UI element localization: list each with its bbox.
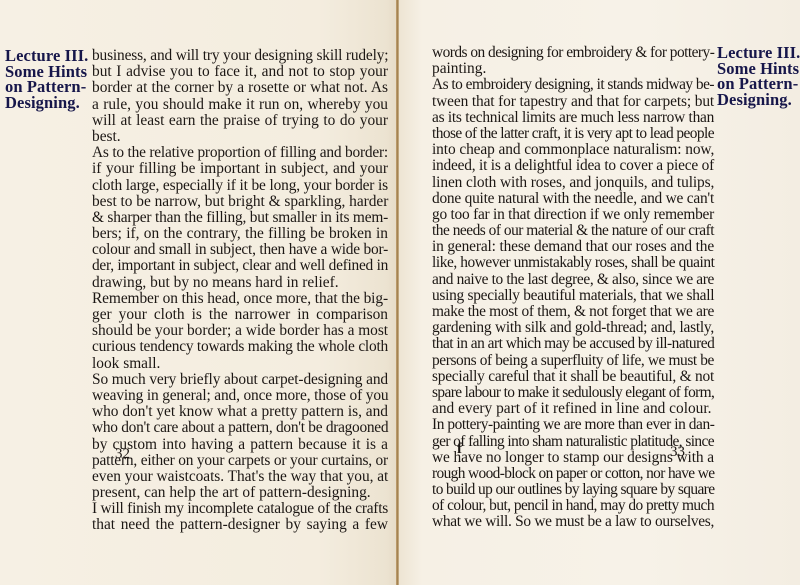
- text-line: pattern, either on your carpets or your …: [92, 453, 388, 469]
- text-line: look small.: [92, 356, 388, 372]
- text-line: make the most of them, & not forget that…: [432, 304, 714, 320]
- text-line: as its technical limits are much less na…: [432, 110, 714, 126]
- text-line: best.: [92, 129, 388, 145]
- left-body-text: business, and will try your designing sk…: [92, 48, 388, 534]
- text-line: Remember on this head, once more, that t…: [92, 291, 388, 307]
- text-line: best to be narrow, but bright & sparklin…: [92, 194, 388, 210]
- text-line: in general: these demand that our roses …: [432, 239, 714, 255]
- text-line: if your filling be important in subject,…: [92, 161, 388, 177]
- text-line: indeed, it is a delightful idea to cover…: [432, 158, 714, 174]
- text-line: business, and will try your designing sk…: [92, 48, 388, 64]
- text-line: ger your cloth is the narrower in compar…: [92, 307, 388, 323]
- text-line: spare labour to make it sedulously elega…: [432, 385, 714, 401]
- text-line: a rule, you should make it run on, where…: [92, 97, 388, 113]
- text-line: & sharper than the filling, but smaller …: [92, 210, 388, 226]
- text-line: present, can help the art of pattern-des…: [92, 485, 388, 501]
- sidenote-line: Designing.: [717, 92, 800, 108]
- text-line: tween that for tapestry and that for car…: [432, 94, 714, 110]
- page-number-right: 33: [670, 444, 685, 461]
- text-line: I will finish my incomplete catalogue of…: [92, 501, 388, 517]
- text-line: cloth large, especially if it be long, y…: [92, 178, 388, 194]
- text-line: words on designing for embroidery & for …: [432, 45, 714, 61]
- left-sidenote: Lecture III. Some Hints on Pattern- Desi…: [5, 48, 88, 110]
- text-line: der, important in subject, clear and wel…: [92, 258, 388, 274]
- text-line: of colour, but, pencil in hand, may do p…: [432, 498, 714, 514]
- text-line: the needs of our material & the nature o…: [432, 223, 714, 239]
- text-line: using specially beautiful materials, tha…: [432, 288, 714, 304]
- text-line: As to the relative proportion of filling…: [92, 145, 388, 161]
- text-line: even your waistcoats. That's the way tha…: [92, 469, 388, 485]
- text-line: who don't care about a pattern, don't be…: [92, 420, 388, 436]
- sidenote-line: Designing.: [5, 95, 88, 111]
- text-line: So much very briefly about carpet-design…: [92, 372, 388, 388]
- text-line: gardening with silk and gold-thread; and…: [432, 320, 714, 336]
- text-line: and naive to the last degree, & also, si…: [432, 272, 714, 288]
- left-page: Lecture III. Some Hints on Pattern- Desi…: [0, 0, 398, 585]
- page-number-left: 32: [115, 446, 130, 463]
- text-line: border at the corner by a rosette or wha…: [92, 80, 388, 96]
- text-line: bers; if, on the contrary, the filling b…: [92, 226, 388, 242]
- text-line: painting.: [432, 61, 714, 77]
- text-line: who don't yet know what a pretty pattern…: [92, 404, 388, 420]
- text-line: to build up our outlines by laying squar…: [432, 482, 714, 498]
- text-line: will at least earn the praise of trying …: [92, 113, 388, 129]
- text-line: As to embroidery designing, it stands mi…: [432, 77, 714, 93]
- text-line: and every part of it refined in line and…: [432, 401, 714, 417]
- text-line: persons of being a superfluity of life, …: [432, 353, 714, 369]
- text-line: that need the pattern-designer by saying…: [92, 517, 388, 533]
- text-line: drawing, but by no means hard in relief.: [92, 275, 388, 291]
- text-line: weaving in general; and, once more, thos…: [92, 388, 388, 404]
- right-sidenote: Lecture III. Some Hints on Pattern- Desi…: [717, 45, 800, 107]
- text-line: that in an art which may be accused by i…: [432, 336, 714, 352]
- signature-mark: f: [457, 441, 462, 458]
- text-line: go too far in that direction if we only …: [432, 207, 714, 223]
- text-line: should be your border; a wide border has…: [92, 323, 388, 339]
- text-line: what we will. So we must be a law to our…: [432, 514, 714, 530]
- book-gutter: [396, 0, 399, 585]
- text-line: rough wood-block on paper or cotton, nor…: [432, 466, 714, 482]
- text-line: curious tendency towards making the whol…: [92, 339, 388, 355]
- text-line: done quite natural with the needle, and …: [432, 191, 714, 207]
- text-line: In pottery-painting we are more than eve…: [432, 417, 714, 433]
- book-spread: Lecture III. Some Hints on Pattern- Desi…: [0, 0, 800, 585]
- text-line: but I advise you to face it, and not to …: [92, 64, 388, 80]
- text-line: into cheap and commonplace naturalism: n…: [432, 142, 714, 158]
- text-line: specially careful that it shall be beaut…: [432, 369, 714, 385]
- text-line: linen cloth with roses, and jonquils, an…: [432, 175, 714, 191]
- text-line: like, however unmistakably roses, shall …: [432, 255, 714, 271]
- text-line: by custom into having a pattern because …: [92, 437, 388, 453]
- text-line: colour and small in subject, then have a…: [92, 242, 388, 258]
- text-line: those of the latter craft, it is very ap…: [432, 126, 714, 142]
